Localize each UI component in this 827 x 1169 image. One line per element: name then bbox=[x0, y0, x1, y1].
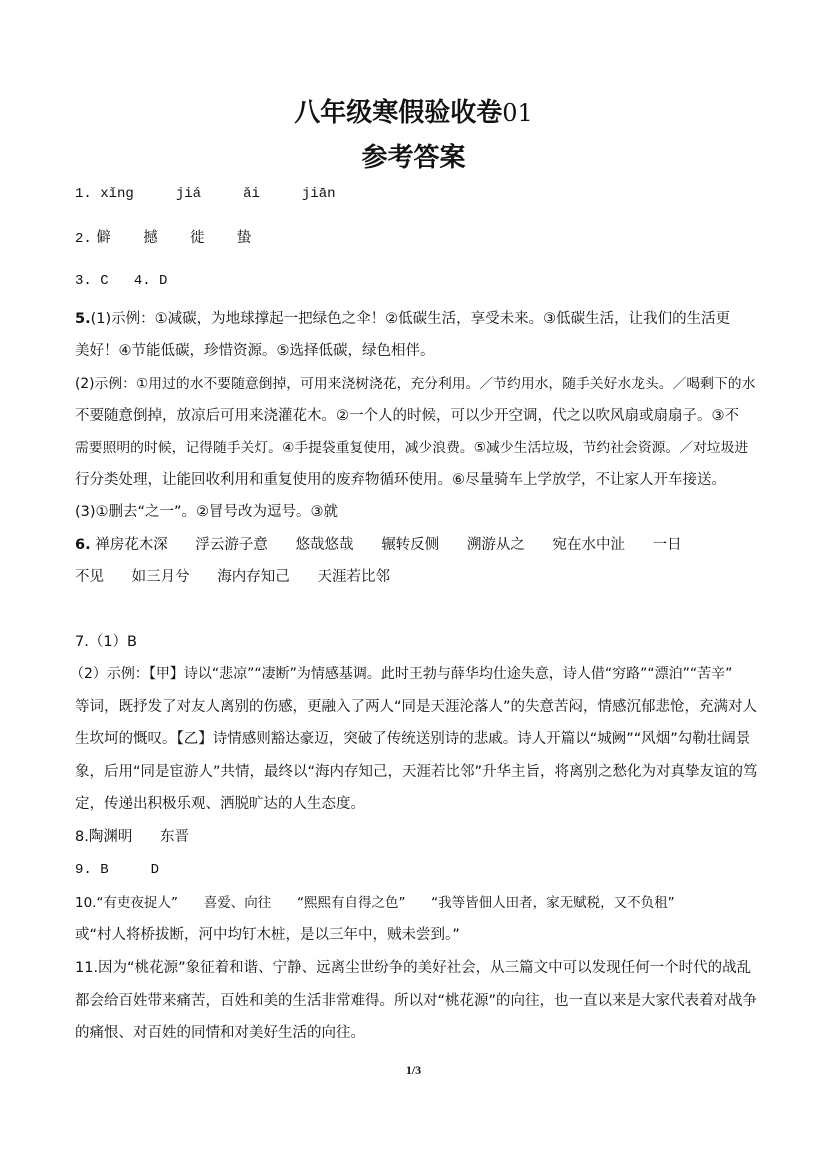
answer-q7-line: （2）示例：【甲】诗以“悲凉”“凄断”为情感基调。此时王勃与薛华均仕途失意，诗人… bbox=[70, 664, 732, 684]
answer-item: 宛在水中沚 bbox=[553, 537, 626, 553]
answer-item: 一日 bbox=[653, 537, 682, 553]
answer-q7-line: 定，传递出积极乐观、洒脱旷达的人生态度。 bbox=[75, 794, 365, 814]
answer-item: B bbox=[100, 862, 108, 878]
answer-q3: 3. C bbox=[75, 273, 109, 289]
answer-q9: 9. B D bbox=[75, 860, 159, 880]
answer-q7-line: 生坎坷的慨叹。【乙】诗情感则豁达豪迈，突破了传统送别诗的悲戚。诗人开篇以“城阙”… bbox=[75, 729, 750, 749]
answer-q7-line: 等词，既抒发了对友人离别的伤感，更融入了两人“同是天涯沦落人”的失意苦闷，情感沉… bbox=[75, 697, 757, 717]
title-number: 01 bbox=[502, 99, 533, 127]
answer-q11-line: 的痛恨、对百姓的同情和对美好生活的向往。 bbox=[75, 1023, 365, 1043]
answer-q11-line: 11.因为“桃花源”象征着和谐、宁静、远离尘世纷争的美好社会，从三篇文中可以发现… bbox=[75, 958, 751, 978]
answer-q5-line: 5.(1)示例：①减碳，为地球撑起一把绿色之伞！②低碳生活，享受未来。③低碳生活… bbox=[75, 309, 730, 329]
answer-q5-line: 美好！④节能低碳，珍惜资源。⑤选择低碳，绿色相伴。 bbox=[75, 341, 435, 361]
answer-item: jiān bbox=[302, 186, 336, 202]
answer-q5-line: (3)①删去“之一”。②冒号改为逗号。③就 bbox=[75, 502, 338, 522]
document-title: 八年级寒假验收卷01 bbox=[0, 92, 827, 129]
answer-q7-part1: 7.（1）B bbox=[75, 632, 137, 652]
answer-q8: 8.陶渊明 东晋 bbox=[75, 827, 189, 847]
answer-item: 撼 bbox=[143, 230, 158, 246]
answer-item: 东晋 bbox=[160, 829, 189, 845]
title-text: 八年级寒假验收卷 bbox=[294, 98, 502, 128]
answer-q5-line: 行分类处理，让能回收利用和重复使用的废弃物循环使用。⑥尽量骑车上学放学，不让家人… bbox=[75, 470, 726, 490]
answer-q5-line: (2)示例：①用过的水不要随意倒掉，可用来浇树浇花，充分利用。／节约用水，随手关… bbox=[75, 374, 755, 394]
answer-q10-line: 10.“有吏夜捉人” 喜爱、向往 “熙熙有自得之色” “我等皆佃人田者，家无赋税… bbox=[75, 893, 675, 913]
answer-item: 溯游从之 bbox=[467, 537, 525, 553]
document-subtitle: 参考答案 bbox=[0, 137, 827, 174]
answer-item: 不见 bbox=[75, 569, 104, 585]
answer-q7-line: 象，后用“同是宦游人”共情，最终以“海内存知己，天涯若比邻”升华主旨，将离别之愁… bbox=[75, 762, 758, 782]
answer-q11-line: 都会给百姓带来痛苦，百姓和美的生活非常难得。所以对“桃花源”的向往，也一直以来是… bbox=[75, 991, 757, 1011]
q-num: 1. bbox=[75, 186, 92, 202]
answer-item: 禅房花木深 bbox=[95, 537, 168, 553]
answer-q4: 4. D bbox=[134, 273, 168, 289]
q-num: 8. bbox=[75, 829, 89, 845]
answer-q6-line: 6. 禅房花木深 浮云游子意 悠哉悠哉 辗转反侧 溯游从之 宛在水中沚 一日 bbox=[75, 535, 682, 555]
answer-item: xǐng bbox=[100, 186, 134, 202]
q-num: 9. bbox=[75, 862, 92, 878]
page-number: 1/3 bbox=[0, 1063, 827, 1078]
q-num: 5. bbox=[75, 311, 91, 327]
answer-item: 海内存知己 bbox=[217, 569, 290, 585]
answer-item: 悠哉悠哉 bbox=[296, 537, 354, 553]
answer-item: 陶渊明 bbox=[89, 829, 133, 845]
answer-q5-line: 不要随意倒掉，放凉后可用来浇灌花木。②一个人的时候，可以少开空调，代之以吹风扇或… bbox=[75, 406, 739, 426]
answer-q3-q4: 3. C 4. D bbox=[75, 271, 167, 291]
answer-item: 天涯若比邻 bbox=[317, 569, 390, 585]
answer-q2: 2. 僻 撼 徙 蛰 bbox=[75, 228, 251, 249]
answer-item: 徙 bbox=[190, 230, 205, 246]
answer-item: 僻 bbox=[96, 230, 111, 246]
answer-item: 如三月兮 bbox=[132, 569, 190, 585]
answer-item: 辗转反侧 bbox=[381, 537, 439, 553]
line-text: (1)示例：①减碳，为地球撑起一把绿色之伞！②低碳生活，享受未来。③低碳生活，让… bbox=[91, 311, 731, 327]
answer-item: D bbox=[151, 862, 159, 878]
answer-q1: 1. xǐng jiá ǎi jiān bbox=[75, 184, 336, 204]
answer-item: 蛰 bbox=[237, 230, 252, 246]
answer-q6-line: 不见 如三月兮 海内存知己 天涯若比邻 bbox=[75, 567, 390, 587]
q-num: 6. bbox=[75, 537, 91, 553]
answer-q5-line: 需要照明的时候，记得随手关灯。④手提袋重复使用，减少浪费。⑤减少生活垃圾，节约社… bbox=[75, 438, 748, 458]
answer-item: ǎi bbox=[243, 186, 260, 202]
answer-q10-line: 或“村人将桥拔断，河中均钉木桩，是以三年中，贼未尝到。” bbox=[75, 925, 460, 945]
answer-item: 浮云游子意 bbox=[195, 537, 268, 553]
q-num: 2. bbox=[75, 231, 92, 247]
answer-item: jiá bbox=[176, 186, 201, 202]
